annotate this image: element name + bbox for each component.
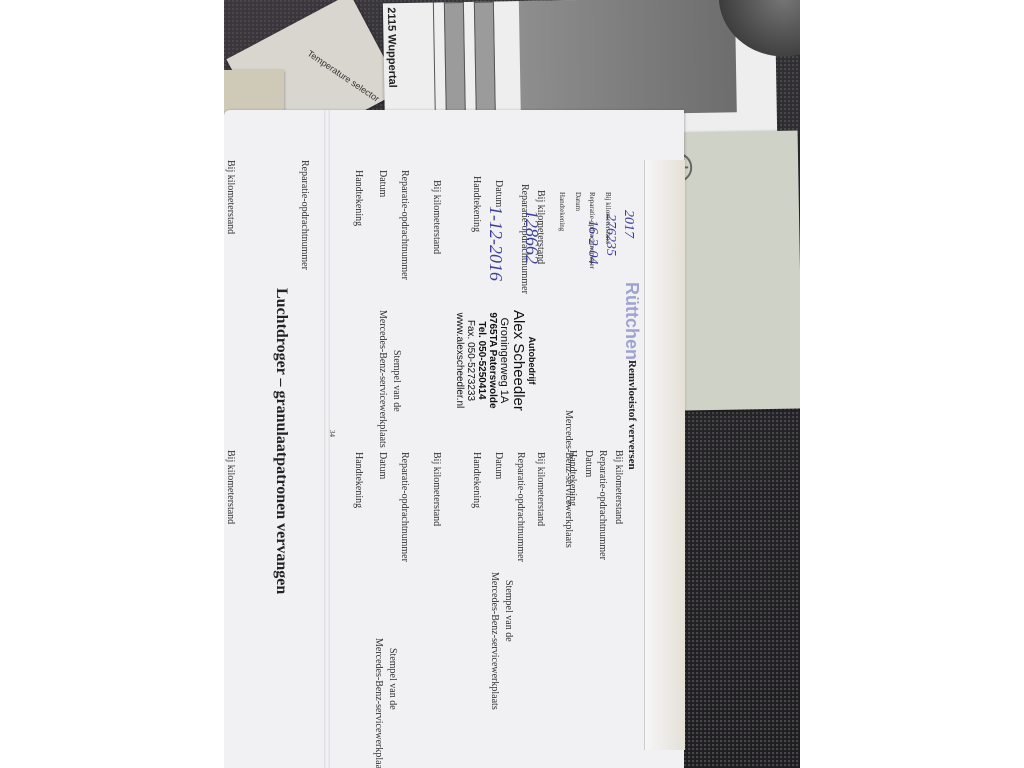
field-label: Handtekening	[353, 170, 364, 226]
field-label: Handtekening	[558, 192, 566, 231]
field-label: Reparatie-opdrachtnummer	[399, 452, 410, 562]
field-label: Datum	[493, 452, 504, 479]
stamp-caption: Stempel van de	[503, 580, 514, 642]
booklet-page-edges	[644, 160, 685, 750]
field-label: Datum	[493, 180, 504, 207]
field-label: Reparatie-opdrachtnummer	[597, 450, 608, 560]
section-title-air-dryer: Luchtdroger – granulaatpatronen vervange…	[272, 288, 290, 594]
stamp-caption: Mercedes-Benz-servicewerkplaats	[377, 310, 388, 448]
section-title-brake-fluid: Remvloeistof verversen	[626, 360, 638, 470]
page-number: 34	[328, 430, 336, 437]
flyer-photo	[519, 0, 737, 116]
stamp-caption: Stempel van de	[387, 648, 398, 710]
handwritten-date-2: 1-12-2016	[485, 206, 506, 281]
handwritten-km-1: 2017	[620, 210, 636, 238]
flyer-table	[433, 1, 508, 120]
field-label: Reparatie-opdrachtnummer	[399, 170, 410, 280]
field-label: Handtekening	[567, 450, 578, 506]
booklet-spine	[324, 110, 330, 768]
field-label: Bij kilometerstand	[431, 180, 442, 254]
field-label: Handtekening	[471, 176, 482, 232]
field-label: Bij kilometerstand	[613, 450, 624, 524]
field-label: Datum	[574, 192, 582, 211]
lamp-image	[718, 0, 800, 58]
field-label: Bij kilometerstand	[225, 450, 236, 524]
field-label: Handtekening	[471, 452, 482, 508]
stamp-caption: Stempel van de	[391, 350, 402, 412]
field-label: Datum	[377, 452, 388, 479]
field-label: Bij kilometerstand	[225, 160, 236, 234]
field-label: Reparatie-opdrachtnummer	[515, 452, 526, 562]
field-label: Handtekening	[353, 452, 364, 508]
flyer-address: 2115 Wuppertal	[383, 7, 400, 77]
field-label: Bij kilometerstand	[431, 452, 442, 526]
field-label: Bij kilometerstand	[535, 452, 546, 526]
stamp-ruttchen: Rüttchen	[621, 282, 642, 360]
stamp-caption: Mercedes-Benz-servicewerkplaats	[373, 638, 384, 768]
handwritten-km-2: 128662	[521, 210, 542, 264]
photo-frame: Temperature selector 2115 Wuppertal LAS …	[224, 0, 800, 768]
handwritten-date-1: 16-2-04	[584, 220, 600, 264]
handwritten-order-1: 276235	[602, 214, 618, 256]
stamp-caption: Mercedes-Benz-servicewerkplaats	[489, 572, 500, 710]
service-booklet: Remvloeistof verversen Bij kilometerstan…	[224, 110, 684, 768]
dealer-stamp: Autobedrijf Alex Scheedler Groningerweg …	[454, 310, 536, 411]
field-label: Datum	[377, 170, 388, 197]
field-label: Reparatie-opdrachtnummer	[299, 160, 310, 270]
field-label: Datum	[583, 450, 594, 477]
card-label: Temperature selector	[306, 48, 382, 104]
